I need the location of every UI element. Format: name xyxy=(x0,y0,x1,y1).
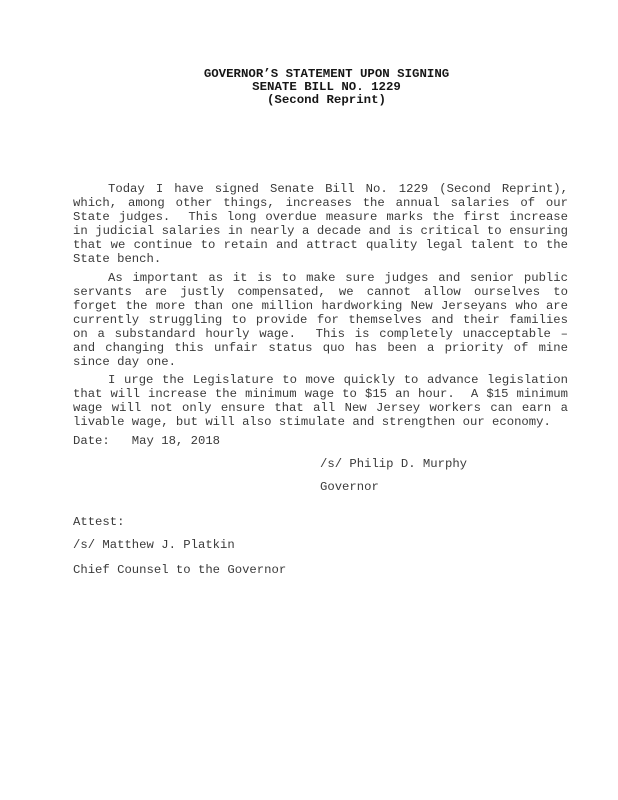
attest-signature-title: Chief Counsel to the Governor xyxy=(73,563,568,577)
document-page: GOVERNOR’S STATEMENT UPON SIGNING SENATE… xyxy=(0,0,618,800)
statement-paragraph-3: I urge the Legislature to move quickly t… xyxy=(73,373,568,429)
statement-paragraph-2: As important as it is to make sure judge… xyxy=(73,271,568,369)
statement-body: Today I have signed Senate Bill No. 1229… xyxy=(73,182,568,429)
statement-paragraph-1: Today I have signed Senate Bill No. 1229… xyxy=(73,182,568,266)
document-title-line-1: GOVERNOR’S STATEMENT UPON SIGNING xyxy=(85,68,568,81)
attest-label: Attest: xyxy=(73,515,568,529)
date-line: Date: May 18, 2018 xyxy=(73,434,568,448)
signature-title: Governor xyxy=(320,480,568,494)
document-title-line-3: (Second Reprint) xyxy=(85,94,568,107)
attest-block: Attest: /s/ Matthew J. Platkin Chief Cou… xyxy=(73,515,568,577)
signature-name: /s/ Philip D. Murphy xyxy=(320,457,568,471)
document-title-line-2: SENATE BILL NO. 1229 xyxy=(85,81,568,94)
attest-signature-name: /s/ Matthew J. Platkin xyxy=(73,538,568,552)
document-content: GOVERNOR’S STATEMENT UPON SIGNING SENATE… xyxy=(73,0,568,577)
signature-block: /s/ Philip D. Murphy Governor xyxy=(320,457,568,495)
document-title: GOVERNOR’S STATEMENT UPON SIGNING SENATE… xyxy=(73,68,568,106)
